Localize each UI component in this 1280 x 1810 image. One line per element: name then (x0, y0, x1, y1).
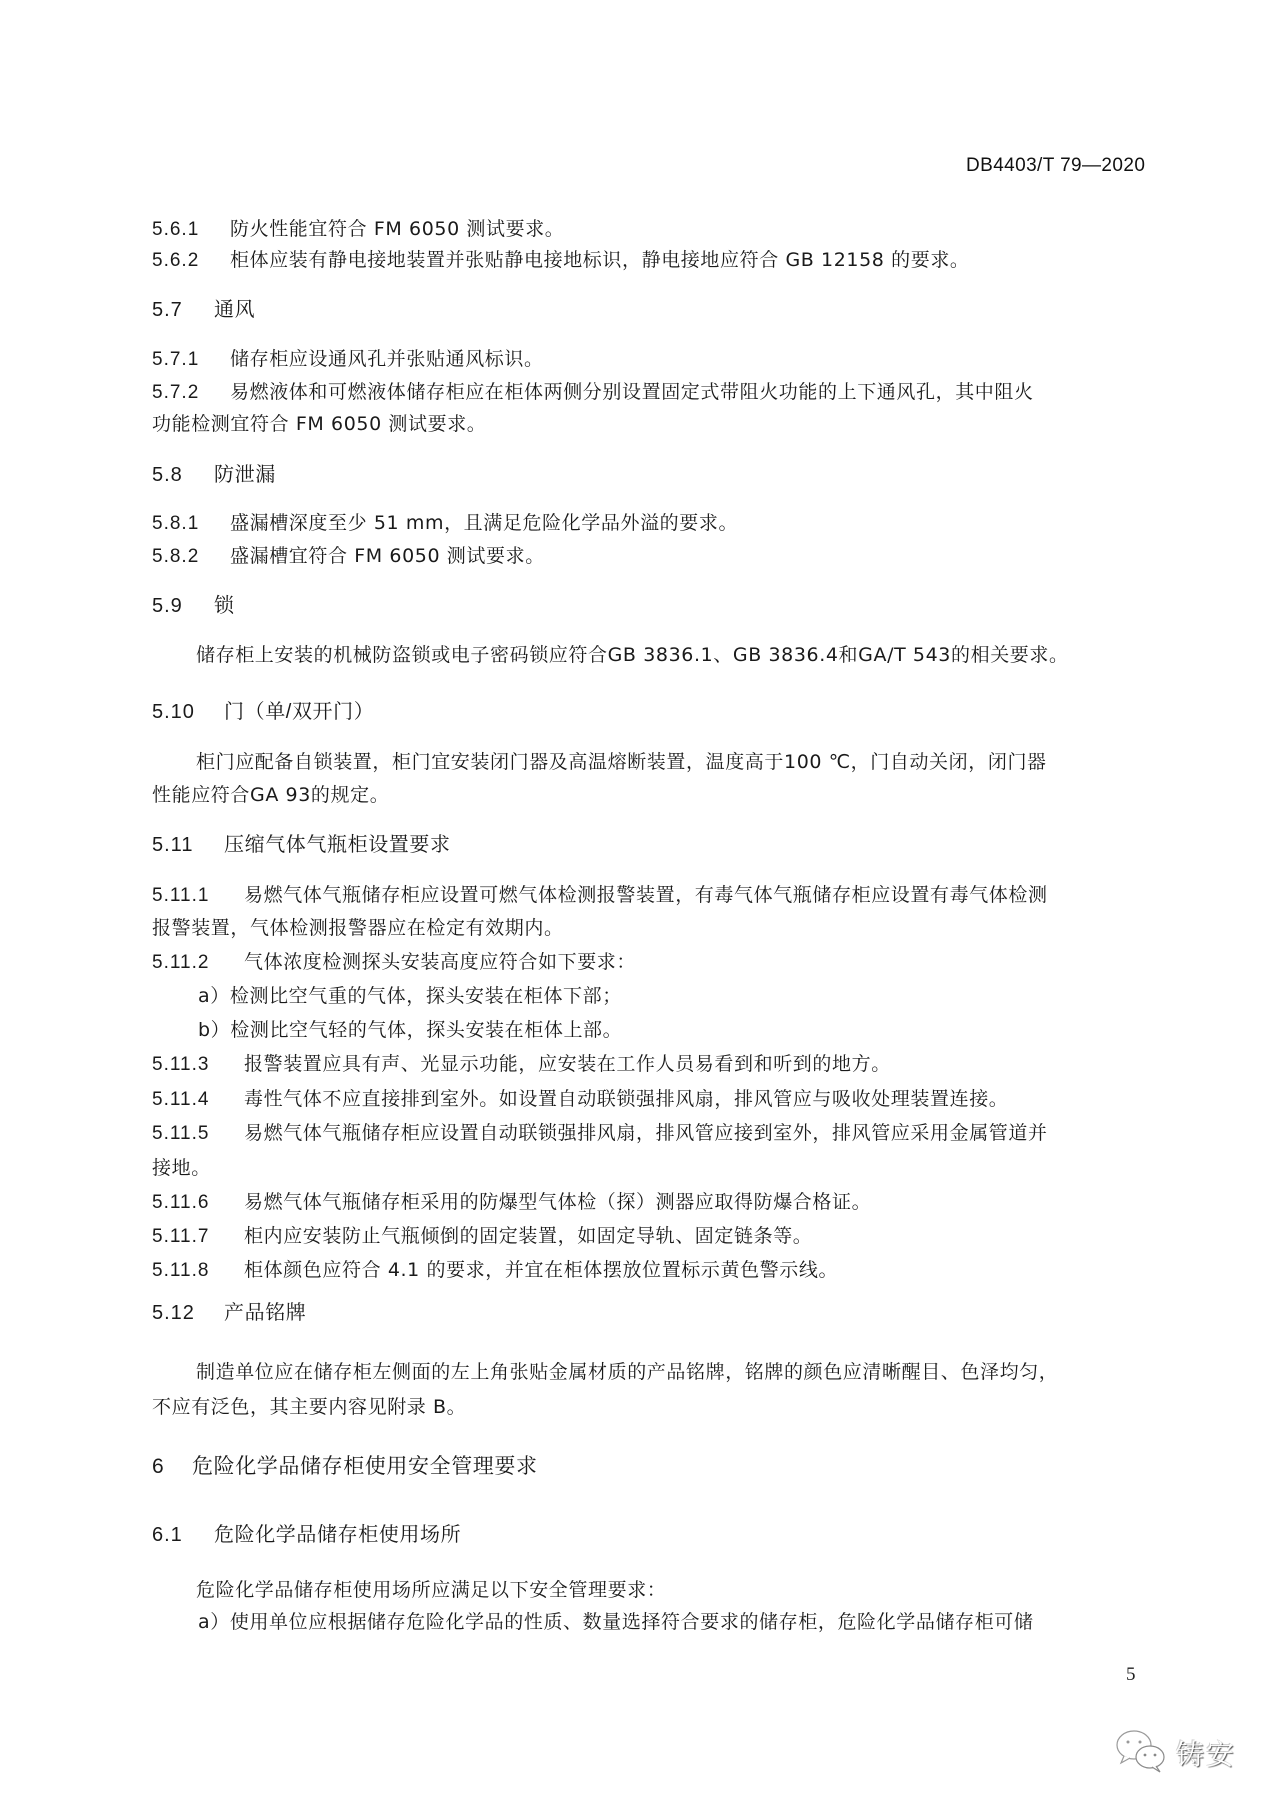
clause-number: 5.11.2 (152, 951, 244, 975)
clause-number: 5.7.2 (152, 381, 230, 405)
section-title: 通风 (214, 299, 255, 321)
section-heading-5-12: 5.12产品铭牌 (152, 1301, 306, 1325)
section-title: 门（单/双开门） (224, 701, 374, 723)
document-code: DB4403/T 79—2020 (966, 155, 1145, 177)
clause-5-11-8: 5.11.8柜体颜色应符合 4.1 的要求，并宜在柜体摆放位置标示黄色警示线。 (152, 1258, 838, 1283)
section-number: 5.7 (152, 298, 214, 322)
section-heading-5-10: 5.10门（单/双开门） (152, 700, 374, 724)
clause-5-6-1: 5.6.1防火性能宜符合 FM 6050 测试要求。 (152, 217, 564, 242)
clause-number: 5.11.4 (152, 1088, 244, 1112)
clause-number: 5.8.1 (152, 512, 230, 536)
paragraph-text: 不应有泛色，其主要内容见附录 B。 (152, 1396, 466, 1418)
chapter-heading-6: 6危险化学品储存柜使用安全管理要求 (152, 1455, 538, 1479)
clause-text: 气体浓度检测探头安装高度应符合如下要求： (244, 951, 636, 973)
clause-text: 防火性能宜符合 FM 6050 测试要求。 (230, 218, 564, 240)
clause-text: 易燃液体和可燃液体储存柜应在柜体两侧分别设置固定式带阻火功能的上下通风孔，其中阻… (230, 381, 1034, 403)
watermark: 铸安 (1112, 1728, 1236, 1778)
clause-number: 5.11.6 (152, 1191, 244, 1215)
clause-5-11-7: 5.11.7柜内应安装防止气瓶倾倒的固定装置，如固定导轨、固定链条等。 (152, 1224, 812, 1249)
clause-5-8-1: 5.8.1盛漏槽深度至少 51 mm，且满足危险化学品外溢的要求。 (152, 511, 738, 536)
list-item-b: b）检测比空气轻的气体，探头安装在柜体上部。 (198, 1018, 622, 1042)
clause-5-11-1: 5.11.1易燃气体气瓶储存柜应设置可燃气体检测报警装置，有毒气体气瓶储存柜应设… (152, 883, 1048, 908)
section-heading-5-8: 5.8防泄漏 (152, 463, 276, 487)
clause-number: 5.11.7 (152, 1225, 244, 1249)
paragraph-door: 柜门应配备自锁装置，柜门宜安装闭门器及高温熔断装置，温度高于100 ℃，门自动关… (196, 750, 1047, 774)
clause-text: 柜内应安装防止气瓶倾倒的固定装置，如固定导轨、固定链条等。 (244, 1225, 812, 1247)
list-item-a: a）使用单位应根据储存危险化学品的性质、数量选择符合要求的储存柜，危险化学品储存… (198, 1610, 1033, 1634)
clause-continuation: 接地。 (152, 1156, 211, 1180)
chapter-title: 危险化学品储存柜使用安全管理要求 (192, 1455, 538, 1478)
clause-text: 报警装置，气体检测报警器应在检定有效期内。 (152, 917, 564, 939)
clause-text: 柜体应装有静电接地装置并张贴静电接地标识，静电接地应符合 GB 12158 的要… (230, 249, 970, 271)
clause-number: 5.6.1 (152, 218, 230, 242)
section-heading-5-11: 5.11压缩气体气瓶柜设置要求 (152, 833, 451, 857)
clause-number: 5.7.1 (152, 348, 230, 372)
clause-text: 储存柜应设通风孔并张贴通风标识。 (230, 348, 544, 370)
clause-5-7-1: 5.7.1储存柜应设通风孔并张贴通风标识。 (152, 347, 544, 372)
section-number: 5.12 (152, 1301, 224, 1325)
clause-text: 易燃气体气瓶储存柜应设置可燃气体检测报警装置，有毒气体气瓶储存柜应设置有毒气体检… (244, 884, 1048, 906)
clause-text: 易燃气体气瓶储存柜采用的防爆型气体检（探）测器应取得防爆合格证。 (244, 1191, 871, 1213)
clause-text: 柜体颜色应符合 4.1 的要求，并宜在柜体摆放位置标示黄色警示线。 (244, 1259, 838, 1281)
clause-5-7-2: 5.7.2易燃液体和可燃液体储存柜应在柜体两侧分别设置固定式带阻火功能的上下通风… (152, 380, 1034, 405)
clause-5-11-2: 5.11.2气体浓度检测探头安装高度应符合如下要求： (152, 950, 636, 975)
section-title: 锁 (214, 595, 235, 617)
section-heading-5-7: 5.7通风 (152, 298, 255, 322)
section-heading-6-1: 6.1危险化学品储存柜使用场所 (152, 1523, 461, 1547)
paragraph-text: 柜门应配备自锁装置，柜门宜安装闭门器及高温熔断装置，温度高于100 ℃，门自动关… (196, 751, 1047, 773)
section-number: 5.11 (152, 833, 224, 857)
paragraph-usage-intro: 危险化学品储存柜使用场所应满足以下安全管理要求： (196, 1578, 666, 1602)
list-item-a: a）检测比空气重的气体，探头安装在柜体下部； (198, 984, 622, 1008)
clause-text: 盛漏槽宜符合 FM 6050 测试要求。 (230, 545, 545, 567)
paragraph-nameplate-continuation: 不应有泛色，其主要内容见附录 B。 (152, 1395, 466, 1419)
clause-5-8-2: 5.8.2盛漏槽宜符合 FM 6050 测试要求。 (152, 544, 545, 569)
section-title: 产品铭牌 (224, 1302, 306, 1324)
paragraph-door-continuation: 性能应符合GA 93的规定。 (152, 783, 389, 807)
page-number: 5 (1126, 1664, 1136, 1686)
clause-number: 5.11.8 (152, 1259, 244, 1283)
section-title: 防泄漏 (214, 464, 276, 486)
clause-number: 5.8.2 (152, 545, 230, 569)
clause-number: 5.11.5 (152, 1122, 244, 1146)
clause-number: 5.11.3 (152, 1053, 244, 1077)
clause-5-11-5: 5.11.5易燃气体气瓶储存柜应设置自动联锁强排风扇，排风管应接到室外，排风管应… (152, 1121, 1048, 1146)
section-number: 5.8 (152, 463, 214, 487)
paragraph-text: 危险化学品储存柜使用场所应满足以下安全管理要求： (196, 1579, 666, 1601)
clause-text: 功能检测宜符合 FM 6050 测试要求。 (152, 413, 486, 435)
clause-5-6-2: 5.6.2柜体应装有静电接地装置并张贴静电接地标识，静电接地应符合 GB 121… (152, 248, 970, 273)
document-page: DB4403/T 79—2020 5.6.1防火性能宜符合 FM 6050 测试… (0, 0, 1280, 1810)
clause-text: 易燃气体气瓶储存柜应设置自动联锁强排风扇，排风管应接到室外，排风管应采用金属管道… (244, 1122, 1048, 1144)
paragraph-lock: 储存柜上安装的机械防盗锁或电子密码锁应符合GB 3836.1、GB 3836.4… (196, 643, 1069, 667)
clause-continuation: 功能检测宜符合 FM 6050 测试要求。 (152, 412, 486, 436)
list-item-text: b）检测比空气轻的气体，探头安装在柜体上部。 (198, 1019, 622, 1041)
clause-5-11-6: 5.11.6易燃气体气瓶储存柜采用的防爆型气体检（探）测器应取得防爆合格证。 (152, 1190, 871, 1215)
list-item-text: a）使用单位应根据储存危险化学品的性质、数量选择符合要求的储存柜，危险化学品储存… (198, 1611, 1033, 1633)
paragraph-text: 性能应符合GA 93的规定。 (152, 784, 389, 806)
section-title: 压缩气体气瓶柜设置要求 (224, 834, 451, 856)
chapter-number: 6 (152, 1455, 192, 1479)
clause-number: 5.11.1 (152, 884, 244, 908)
clause-text: 盛漏槽深度至少 51 mm，且满足危险化学品外溢的要求。 (230, 512, 738, 534)
clause-5-11-3: 5.11.3报警装置应具有声、光显示功能，应安装在工作人员易看到和听到的地方。 (152, 1052, 891, 1077)
clause-text: 接地。 (152, 1157, 211, 1179)
clause-number: 5.6.2 (152, 249, 230, 273)
section-title: 危险化学品储存柜使用场所 (214, 1524, 461, 1546)
paragraph-text: 制造单位应在储存柜左侧面的左上角张贴金属材质的产品铭牌，铭牌的颜色应清晰醒目、色… (196, 1361, 1058, 1383)
wechat-icon (1112, 1728, 1168, 1778)
paragraph-text: 储存柜上安装的机械防盗锁或电子密码锁应符合GB 3836.1、GB 3836.4… (196, 644, 1069, 666)
clause-text: 毒性气体不应直接排到室外。如设置自动联锁强排风扇，排风管应与吸收处理装置连接。 (244, 1088, 1008, 1110)
clause-text: 报警装置应具有声、光显示功能，应安装在工作人员易看到和听到的地方。 (244, 1053, 891, 1075)
list-item-text: a）检测比空气重的气体，探头安装在柜体下部； (198, 985, 622, 1007)
section-heading-5-9: 5.9锁 (152, 594, 235, 618)
section-number: 5.10 (152, 700, 224, 724)
watermark-text: 铸安 (1176, 1733, 1236, 1773)
paragraph-nameplate: 制造单位应在储存柜左侧面的左上角张贴金属材质的产品铭牌，铭牌的颜色应清晰醒目、色… (196, 1360, 1058, 1384)
clause-5-11-4: 5.11.4毒性气体不应直接排到室外。如设置自动联锁强排风扇，排风管应与吸收处理… (152, 1087, 1008, 1112)
section-number: 5.9 (152, 594, 214, 618)
clause-continuation: 报警装置，气体检测报警器应在检定有效期内。 (152, 916, 564, 940)
section-number: 6.1 (152, 1523, 214, 1547)
